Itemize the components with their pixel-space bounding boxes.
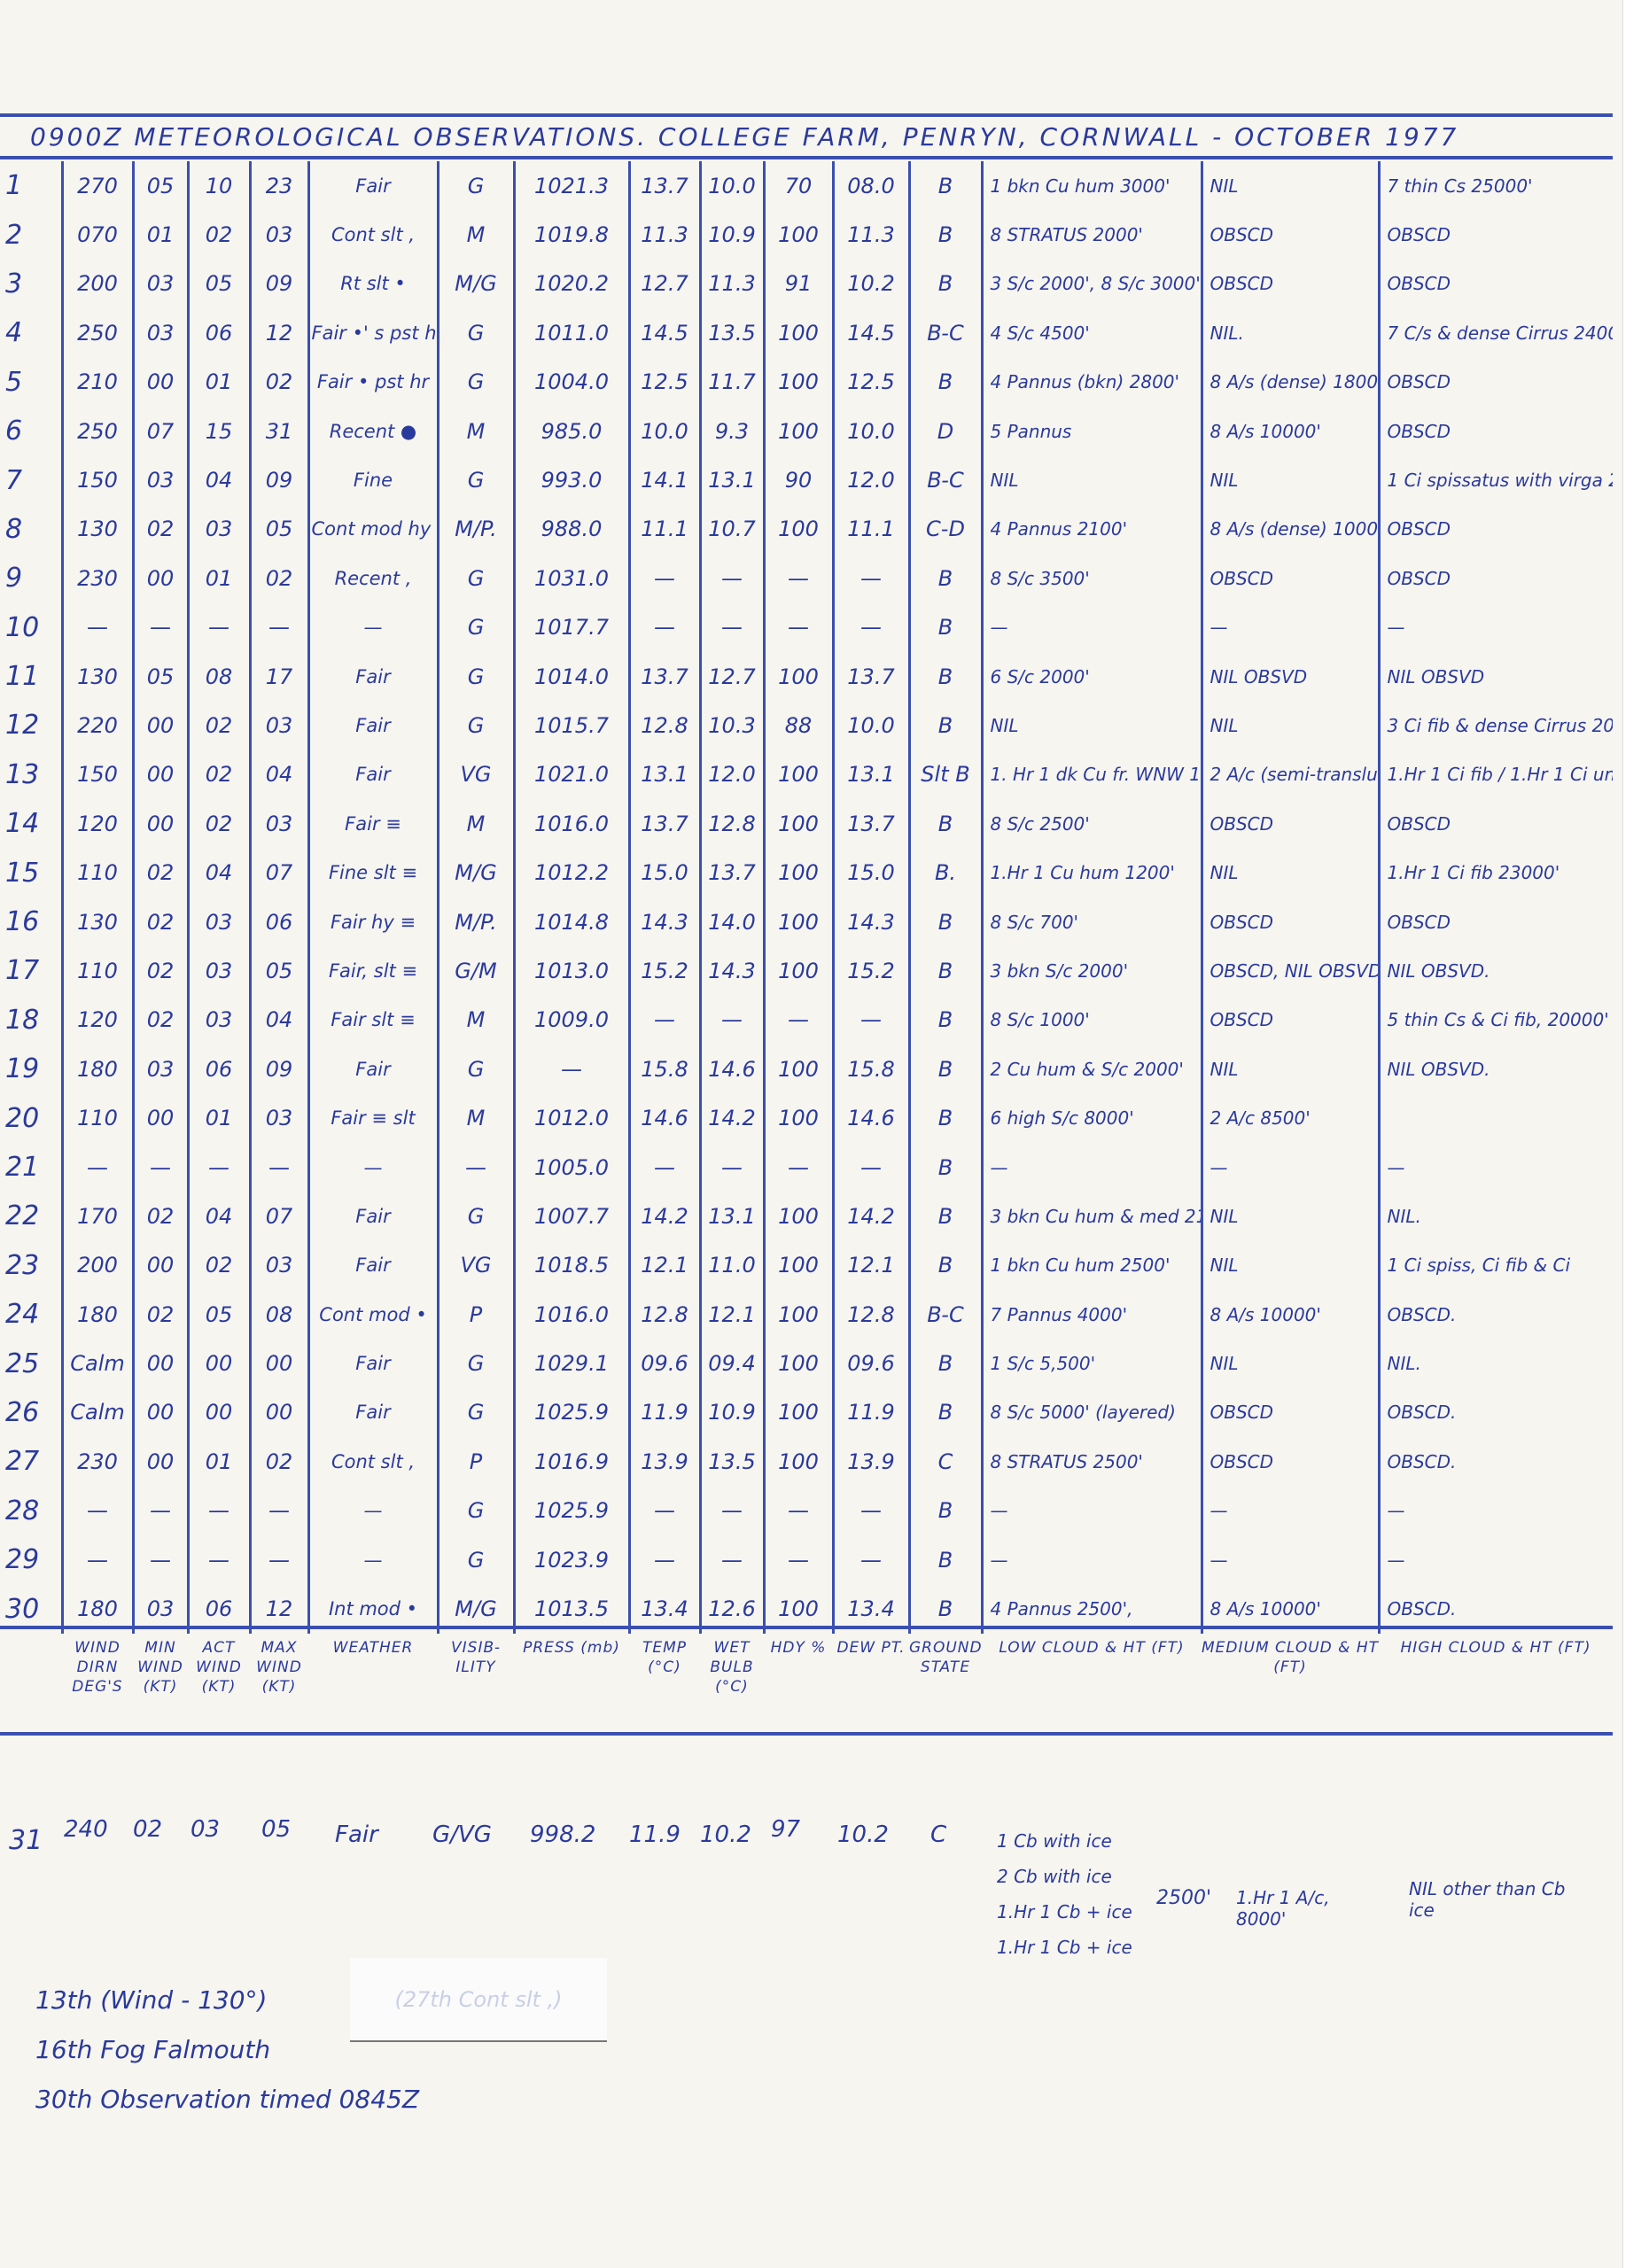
cell-visibility: M/P. bbox=[438, 505, 514, 554]
cell-high-cloud bbox=[1379, 1093, 1613, 1142]
cell-wet-bulb: 14.6 bbox=[700, 1045, 764, 1093]
cell-act-wind: 03 bbox=[188, 946, 250, 995]
cell-temp: 11.9 bbox=[629, 1388, 700, 1437]
cell-ground-state: B-C bbox=[909, 308, 982, 357]
cell-visibility: G bbox=[438, 161, 514, 210]
cell-min-wind: 00 bbox=[133, 1437, 188, 1486]
cell-low-cloud: 3 bkn Cu hum & med 2100' bbox=[982, 1192, 1202, 1240]
cell-temp: 14.1 bbox=[629, 455, 700, 504]
cell-high-cloud: OBSCD bbox=[1379, 407, 1613, 455]
cell-pressure: 1016.0 bbox=[514, 799, 629, 848]
cell-high-cloud: 1 Ci spissatus with virga 20000' bbox=[1379, 455, 1613, 504]
cell-low-cloud: 1 S/c 5,500' bbox=[982, 1339, 1202, 1387]
table-row: 28—————G1025.9————B——— bbox=[0, 1487, 1613, 1535]
cell-humidity: — bbox=[764, 554, 833, 602]
cell-ground-state: B bbox=[909, 161, 982, 210]
cell-visibility: G bbox=[438, 308, 514, 357]
cell-ground-state: B bbox=[909, 554, 982, 602]
cell-ground-state: C bbox=[909, 1437, 982, 1486]
cell-medium-cloud: 8 A/s 10000' bbox=[1202, 1290, 1379, 1339]
cell-humidity: 100 bbox=[764, 1045, 833, 1093]
cell-medium-cloud: 8 A/s (dense) 10000' bbox=[1202, 505, 1379, 554]
cell-wet-bulb: 9.3 bbox=[700, 407, 764, 455]
cell-min-wind: — bbox=[133, 1143, 188, 1192]
table-row: 5210000102Fair • pst hrG1004.012.511.710… bbox=[0, 358, 1613, 407]
cell-medium-cloud: NIL OBSVD bbox=[1202, 652, 1379, 701]
cell-act-wind: 03 bbox=[188, 897, 250, 946]
cell-weather: Recent , bbox=[308, 554, 438, 602]
cell-visibility: — bbox=[438, 1143, 514, 1192]
cell-ground-state: B bbox=[909, 1487, 982, 1535]
table-row: 26Calm000000FairG1025.911.910.910011.9B8… bbox=[0, 1388, 1613, 1437]
cell-weather: Fair bbox=[308, 161, 438, 210]
table-row: 9230000102Recent ,G1031.0————B8 S/c 3500… bbox=[0, 554, 1613, 602]
cell-visibility: G bbox=[438, 1192, 514, 1240]
cell-temp: 14.2 bbox=[629, 1192, 700, 1240]
cell-temp: 13.1 bbox=[629, 750, 700, 799]
cell-wind-dir: 130 bbox=[62, 897, 133, 946]
cell-medium-cloud: 2 A/c (semi-translucent) 11000' bbox=[1202, 750, 1379, 799]
table-row: 14120000203Fair ≡M1016.013.712.810013.7B… bbox=[0, 799, 1613, 848]
cell-high-cloud: 1 Ci spiss, Ci fib & Ci bbox=[1379, 1241, 1613, 1290]
cell-min-wind: 02 bbox=[133, 848, 188, 897]
cell-wet-bulb: 13.7 bbox=[700, 848, 764, 897]
header-pressure: PRESS (mb) bbox=[514, 1629, 629, 1732]
cell-max-wind: 03 bbox=[250, 210, 308, 259]
cell-weather: Fair bbox=[308, 1045, 438, 1093]
cell-visibility: VG bbox=[438, 750, 514, 799]
cell-temp: 10.0 bbox=[629, 407, 700, 455]
table-row: 15110020407Fine slt ≡M/G1012.215.013.710… bbox=[0, 848, 1613, 897]
cell-humidity: 70 bbox=[764, 161, 833, 210]
wind-direction: 240 bbox=[64, 1816, 108, 1843]
cell-max-wind: 12 bbox=[250, 308, 308, 357]
cell-wet-bulb: 13.5 bbox=[700, 308, 764, 357]
cell-ground-state: B bbox=[909, 1241, 982, 1290]
cell-min-wind: 00 bbox=[133, 1241, 188, 1290]
table-row: 1270051023FairG1021.313.710.07008.0B1 bk… bbox=[0, 161, 1613, 210]
cell-temp: — bbox=[629, 554, 700, 602]
cell-pressure: 1025.9 bbox=[514, 1487, 629, 1535]
cell-weather: Fair bbox=[308, 652, 438, 701]
cell-wind-dir: 150 bbox=[62, 750, 133, 799]
cell-low-cloud: 3 bkn S/c 2000' bbox=[982, 946, 1202, 995]
cell-dew-pt: 14.2 bbox=[833, 1192, 909, 1240]
cell-medium-cloud: OBSCD bbox=[1202, 799, 1379, 848]
cell-wet-bulb: 10.9 bbox=[700, 1388, 764, 1437]
cell-humidity: 100 bbox=[764, 1241, 833, 1290]
cell-act-wind: 03 bbox=[188, 996, 250, 1045]
cell-weather: Cont slt , bbox=[308, 1437, 438, 1486]
cell-low-cloud: 6 high S/c 8000' bbox=[982, 1093, 1202, 1142]
cell-low-cloud: NIL bbox=[982, 701, 1202, 750]
cell-medium-cloud: OBSCD bbox=[1202, 1388, 1379, 1437]
cell-act-wind: 02 bbox=[188, 210, 250, 259]
cell-wind-dir: — bbox=[62, 1143, 133, 1192]
cell-ground-state: B. bbox=[909, 848, 982, 897]
cell-dew-pt: 14.3 bbox=[833, 897, 909, 946]
cell-humidity: 100 bbox=[764, 799, 833, 848]
header-wet-bulb: WET BULB (°C) bbox=[700, 1629, 764, 1732]
cell-wet-bulb: 14.0 bbox=[700, 897, 764, 946]
cell-pressure: 1019.8 bbox=[514, 210, 629, 259]
header-low-cloud: LOW CLOUD & HT (FT) bbox=[982, 1629, 1202, 1732]
cell-ground-state: B-C bbox=[909, 1290, 982, 1339]
cell-act-wind: — bbox=[188, 603, 250, 652]
cell-high-cloud: NIL OBSVD. bbox=[1379, 1045, 1613, 1093]
cell-dew-pt: 11.3 bbox=[833, 210, 909, 259]
cell-pressure: 1021.3 bbox=[514, 161, 629, 210]
cell-ground-state: B bbox=[909, 1535, 982, 1584]
cell-day: 3 bbox=[0, 260, 62, 308]
cell-day: 1 bbox=[0, 161, 62, 210]
cell-act-wind: — bbox=[188, 1487, 250, 1535]
cell-min-wind: 03 bbox=[133, 308, 188, 357]
cell-weather: Fair hy ≡ bbox=[308, 897, 438, 946]
cell-ground-state: D bbox=[909, 407, 982, 455]
cell-temp: 15.8 bbox=[629, 1045, 700, 1093]
cell-temp: 14.3 bbox=[629, 897, 700, 946]
cell-wet-bulb: 14.3 bbox=[700, 946, 764, 995]
cell-dew-pt: — bbox=[833, 554, 909, 602]
cell-temp: — bbox=[629, 1143, 700, 1192]
day-31-entry: 31 240 02 03 05 Fair G/VG 998.2 11.9 10.… bbox=[0, 1816, 1613, 1967]
cell-act-wind: 06 bbox=[188, 308, 250, 357]
cell-high-cloud: 1.Hr 1 Ci fib 23000' bbox=[1379, 848, 1613, 897]
cell-ground-state: B bbox=[909, 946, 982, 995]
cell-min-wind: 03 bbox=[133, 1045, 188, 1093]
cell-visibility: P bbox=[438, 1290, 514, 1339]
cell-high-cloud: OBSCD bbox=[1379, 358, 1613, 407]
cell-max-wind: 05 bbox=[250, 946, 308, 995]
cell-humidity: 91 bbox=[764, 260, 833, 308]
cell-max-wind: 09 bbox=[250, 1045, 308, 1093]
cell-high-cloud: OBSCD bbox=[1379, 554, 1613, 602]
table-row: 11130050817FairG1014.013.712.710013.7B6 … bbox=[0, 652, 1613, 701]
cell-high-cloud: OBSCD bbox=[1379, 897, 1613, 946]
cell-low-cloud: 8 STRATUS 2500' bbox=[982, 1437, 1202, 1486]
page-title: 0900Z METEOROLOGICAL OBSERVATIONS. COLLE… bbox=[0, 113, 1613, 159]
cell-medium-cloud: NIL bbox=[1202, 701, 1379, 750]
cell-high-cloud: 1.Hr 1 Ci fib / 1.Hr 1 Ci unc 20000' bbox=[1379, 750, 1613, 799]
act-wind: 03 bbox=[191, 1816, 220, 1843]
cell-max-wind: 23 bbox=[250, 161, 308, 210]
observations-table-container: 1270051023FairG1021.313.710.07008.0B1 bk… bbox=[0, 161, 1613, 1634]
cell-humidity: 100 bbox=[764, 358, 833, 407]
cell-act-wind: 04 bbox=[188, 1192, 250, 1240]
cell-day: 18 bbox=[0, 996, 62, 1045]
cell-weather: Cont slt , bbox=[308, 210, 438, 259]
header-ground-state: GROUND STATE bbox=[909, 1629, 982, 1732]
cell-act-wind: — bbox=[188, 1535, 250, 1584]
cell-wind-dir: 230 bbox=[62, 1437, 133, 1486]
cell-temp: 12.5 bbox=[629, 358, 700, 407]
cell-max-wind: 07 bbox=[250, 1192, 308, 1240]
cell-high-cloud: NIL OBSVD. bbox=[1379, 946, 1613, 995]
cell-humidity: — bbox=[764, 603, 833, 652]
cell-act-wind: — bbox=[188, 1143, 250, 1192]
cell-visibility: G bbox=[438, 1339, 514, 1387]
cell-visibility: M/P. bbox=[438, 897, 514, 946]
cell-pressure: 1014.0 bbox=[514, 652, 629, 701]
cell-ground-state: B bbox=[909, 996, 982, 1045]
cell-weather: Fair bbox=[308, 750, 438, 799]
cell-ground-state: B bbox=[909, 210, 982, 259]
cell-medium-cloud: OBSCD bbox=[1202, 260, 1379, 308]
cell-weather: — bbox=[308, 603, 438, 652]
cell-medium-cloud: — bbox=[1202, 603, 1379, 652]
cell-day: 10 bbox=[0, 603, 62, 652]
cell-medium-cloud: OBSCD bbox=[1202, 996, 1379, 1045]
table-row: 23200000203FairVG1018.512.111.010012.1B1… bbox=[0, 1241, 1613, 1290]
cell-dew-pt: 12.1 bbox=[833, 1241, 909, 1290]
table-row: 27230000102Cont slt ,P1016.913.913.51001… bbox=[0, 1437, 1613, 1486]
cell-min-wind: 00 bbox=[133, 1093, 188, 1142]
cell-temp: 13.7 bbox=[629, 652, 700, 701]
cell-weather: Fair bbox=[308, 1388, 438, 1437]
cell-humidity: 100 bbox=[764, 1437, 833, 1486]
cell-max-wind: 03 bbox=[250, 799, 308, 848]
cell-low-cloud: NIL bbox=[982, 455, 1202, 504]
cell-min-wind: 03 bbox=[133, 260, 188, 308]
cell-ground-state: C-D bbox=[909, 505, 982, 554]
table-row: 16130020306Fair hy ≡M/P.1014.814.314.010… bbox=[0, 897, 1613, 946]
temperature: 11.9 bbox=[629, 1821, 681, 1848]
cell-ground-state: Slt B bbox=[909, 750, 982, 799]
cell-temp: — bbox=[629, 1535, 700, 1584]
cell-visibility: M/G bbox=[438, 260, 514, 308]
pressure: 998.2 bbox=[530, 1821, 595, 1848]
note-30th: 30th Observation timed 0845Z bbox=[35, 2075, 419, 2124]
cell-day: 20 bbox=[0, 1093, 62, 1142]
cell-act-wind: 05 bbox=[188, 260, 250, 308]
cell-high-cloud: 7 thin Cs 25000' bbox=[1379, 161, 1613, 210]
cell-act-wind: 04 bbox=[188, 848, 250, 897]
cell-humidity: 100 bbox=[764, 1339, 833, 1387]
cell-wet-bulb: 12.8 bbox=[700, 799, 764, 848]
cell-min-wind: 05 bbox=[133, 161, 188, 210]
cell-medium-cloud: OBSCD, NIL OBSVD bbox=[1202, 946, 1379, 995]
cell-humidity: — bbox=[764, 1535, 833, 1584]
cell-visibility: G bbox=[438, 652, 514, 701]
max-wind: 05 bbox=[261, 1816, 291, 1843]
cell-dew-pt: 10.0 bbox=[833, 407, 909, 455]
cell-pressure: 1018.5 bbox=[514, 1241, 629, 1290]
cell-temp: — bbox=[629, 996, 700, 1045]
cell-dew-pt: — bbox=[833, 603, 909, 652]
cell-wind-dir: 250 bbox=[62, 308, 133, 357]
low-cloud-height: 2500' bbox=[1156, 1887, 1211, 1909]
cell-pressure: 993.0 bbox=[514, 455, 629, 504]
cell-min-wind: — bbox=[133, 1487, 188, 1535]
cell-act-wind: 02 bbox=[188, 701, 250, 750]
cell-weather: Fair slt ≡ bbox=[308, 996, 438, 1045]
cell-max-wind: — bbox=[250, 603, 308, 652]
cell-max-wind: 17 bbox=[250, 652, 308, 701]
cell-act-wind: 01 bbox=[188, 554, 250, 602]
cell-max-wind: 04 bbox=[250, 996, 308, 1045]
cell-wind-dir: 270 bbox=[62, 161, 133, 210]
cell-low-cloud: 8 S/c 1000' bbox=[982, 996, 1202, 1045]
table-row: 19180030609FairG—15.814.610015.8B2 Cu hu… bbox=[0, 1045, 1613, 1093]
cell-wind-dir: — bbox=[62, 1487, 133, 1535]
cell-act-wind: 02 bbox=[188, 799, 250, 848]
table-row: 18120020304Fair slt ≡M1009.0————B8 S/c 1… bbox=[0, 996, 1613, 1045]
cell-wet-bulb: — bbox=[700, 1535, 764, 1584]
cell-weather: Fair •' s pst hr bbox=[308, 308, 438, 357]
cell-medium-cloud: — bbox=[1202, 1143, 1379, 1192]
cell-dew-pt: 10.0 bbox=[833, 701, 909, 750]
cell-ground-state: B-C bbox=[909, 455, 982, 504]
cell-act-wind: 08 bbox=[188, 652, 250, 701]
cell-medium-cloud: OBSCD bbox=[1202, 1437, 1379, 1486]
cell-ground-state: B bbox=[909, 701, 982, 750]
cell-wind-dir: 220 bbox=[62, 701, 133, 750]
cell-low-cloud: 8 S/c 700' bbox=[982, 897, 1202, 946]
cell-ground-state: B bbox=[909, 1045, 982, 1093]
cell-pressure: 1013.0 bbox=[514, 946, 629, 995]
cell-dew-pt: 14.5 bbox=[833, 308, 909, 357]
cell-max-wind: 31 bbox=[250, 407, 308, 455]
cell-visibility: G bbox=[438, 455, 514, 504]
ground-state: C bbox=[930, 1821, 946, 1848]
cell-wet-bulb: 12.0 bbox=[700, 750, 764, 799]
cell-temp: 13.7 bbox=[629, 161, 700, 210]
cell-day: 29 bbox=[0, 1535, 62, 1584]
cell-visibility: G bbox=[438, 1388, 514, 1437]
cell-act-wind: 00 bbox=[188, 1388, 250, 1437]
cell-wet-bulb: 09.4 bbox=[700, 1339, 764, 1387]
cell-act-wind: 02 bbox=[188, 750, 250, 799]
cell-low-cloud: 8 S/c 2500' bbox=[982, 799, 1202, 848]
header-weather: WEATHER bbox=[308, 1629, 438, 1732]
cell-visibility: M bbox=[438, 407, 514, 455]
cell-min-wind: — bbox=[133, 1535, 188, 1584]
cell-pressure: 1011.0 bbox=[514, 308, 629, 357]
cell-weather: Rt slt • bbox=[308, 260, 438, 308]
table-row: 13150000204FairVG1021.013.112.010013.1Sl… bbox=[0, 750, 1613, 799]
cell-ground-state: B bbox=[909, 1388, 982, 1437]
cell-low-cloud: 1 bkn Cu hum 3000' bbox=[982, 161, 1202, 210]
cell-pressure: 1021.0 bbox=[514, 750, 629, 799]
cell-wind-dir: 200 bbox=[62, 1241, 133, 1290]
cell-weather: Fine bbox=[308, 455, 438, 504]
cell-dew-pt: — bbox=[833, 996, 909, 1045]
cell-high-cloud: OBSCD bbox=[1379, 505, 1613, 554]
cell-day: 11 bbox=[0, 652, 62, 701]
cell-min-wind: 00 bbox=[133, 554, 188, 602]
cell-min-wind: 00 bbox=[133, 701, 188, 750]
cell-max-wind: 09 bbox=[250, 260, 308, 308]
cell-humidity: 88 bbox=[764, 701, 833, 750]
cell-humidity: 90 bbox=[764, 455, 833, 504]
cell-wet-bulb: 10.3 bbox=[700, 701, 764, 750]
cell-wind-dir: 110 bbox=[62, 946, 133, 995]
cell-day: 17 bbox=[0, 946, 62, 995]
cell-temp: 12.1 bbox=[629, 1241, 700, 1290]
cell-weather: Recent ● bbox=[308, 407, 438, 455]
cell-humidity: 100 bbox=[764, 652, 833, 701]
cell-low-cloud: 1 bkn Cu hum 2500' bbox=[982, 1241, 1202, 1290]
cell-day: 24 bbox=[0, 1290, 62, 1339]
cell-pressure: 1004.0 bbox=[514, 358, 629, 407]
cell-day: 5 bbox=[0, 358, 62, 407]
cell-humidity: 100 bbox=[764, 1290, 833, 1339]
cell-min-wind: 02 bbox=[133, 1192, 188, 1240]
cell-humidity: 100 bbox=[764, 946, 833, 995]
header-max-wind: MAX WIND (KT) bbox=[250, 1629, 308, 1732]
cell-humidity: 100 bbox=[764, 407, 833, 455]
cell-min-wind: 05 bbox=[133, 652, 188, 701]
cell-max-wind: 09 bbox=[250, 455, 308, 504]
cell-low-cloud: 8 STRATUS 2000' bbox=[982, 210, 1202, 259]
table-row: 7150030409FineG993.014.113.19012.0B-CNIL… bbox=[0, 455, 1613, 504]
cell-dew-pt: 12.5 bbox=[833, 358, 909, 407]
cell-weather: Cont mod hy • bbox=[308, 505, 438, 554]
cell-temp: 15.2 bbox=[629, 946, 700, 995]
cell-day: 2 bbox=[0, 210, 62, 259]
cell-min-wind: 00 bbox=[133, 750, 188, 799]
cell-wind-dir: 070 bbox=[62, 210, 133, 259]
cell-pressure: 1015.7 bbox=[514, 701, 629, 750]
cell-day: 23 bbox=[0, 1241, 62, 1290]
cell-humidity: 100 bbox=[764, 1093, 833, 1142]
cell-low-cloud: 4 Pannus (bkn) 2800' bbox=[982, 358, 1202, 407]
cell-act-wind: 03 bbox=[188, 505, 250, 554]
cell-medium-cloud: NIL bbox=[1202, 1192, 1379, 1240]
cell-wind-dir: 170 bbox=[62, 1192, 133, 1240]
cell-day: 9 bbox=[0, 554, 62, 602]
cell-dew-pt: — bbox=[833, 1143, 909, 1192]
cell-min-wind: 00 bbox=[133, 358, 188, 407]
cell-min-wind: 00 bbox=[133, 1388, 188, 1437]
cell-weather: Fair bbox=[308, 701, 438, 750]
cell-dew-pt: — bbox=[833, 1535, 909, 1584]
cell-low-cloud: 4 Pannus 2100' bbox=[982, 505, 1202, 554]
cell-wet-bulb: 10.7 bbox=[700, 505, 764, 554]
cell-wet-bulb: — bbox=[700, 996, 764, 1045]
cell-wet-bulb: 11.0 bbox=[700, 1241, 764, 1290]
cell-day: 8 bbox=[0, 505, 62, 554]
cell-max-wind: — bbox=[250, 1143, 308, 1192]
cell-wet-bulb: 13.1 bbox=[700, 455, 764, 504]
cell-temp: 11.1 bbox=[629, 505, 700, 554]
table-row: 24180020508Cont mod •P1016.012.812.11001… bbox=[0, 1290, 1613, 1339]
cell-wind-dir: 180 bbox=[62, 1290, 133, 1339]
cell-weather: Fine slt ≡ bbox=[308, 848, 438, 897]
cell-max-wind: — bbox=[250, 1487, 308, 1535]
cell-ground-state: B bbox=[909, 1093, 982, 1142]
cell-humidity: 100 bbox=[764, 210, 833, 259]
table-row: 21——————1005.0————B——— bbox=[0, 1143, 1613, 1192]
cell-temp: 15.0 bbox=[629, 848, 700, 897]
cell-wind-dir: Calm bbox=[62, 1388, 133, 1437]
cell-pressure: 1025.9 bbox=[514, 1388, 629, 1437]
cell-max-wind: 00 bbox=[250, 1339, 308, 1387]
cell-temp: 14.5 bbox=[629, 308, 700, 357]
cell-weather: Fair • pst hr bbox=[308, 358, 438, 407]
cell-weather: Fair, slt ≡ bbox=[308, 946, 438, 995]
cell-temp: 11.3 bbox=[629, 210, 700, 259]
cell-visibility: G bbox=[438, 1535, 514, 1584]
header-wind-dir: WIND DIRN DEG'S bbox=[62, 1629, 133, 1732]
cell-wind-dir: 250 bbox=[62, 407, 133, 455]
cell-weather: Fair bbox=[308, 1241, 438, 1290]
cell-visibility: M bbox=[438, 799, 514, 848]
cell-temp: 13.9 bbox=[629, 1437, 700, 1486]
cell-high-cloud: NIL OBSVD bbox=[1379, 652, 1613, 701]
cell-wet-bulb: — bbox=[700, 1487, 764, 1535]
